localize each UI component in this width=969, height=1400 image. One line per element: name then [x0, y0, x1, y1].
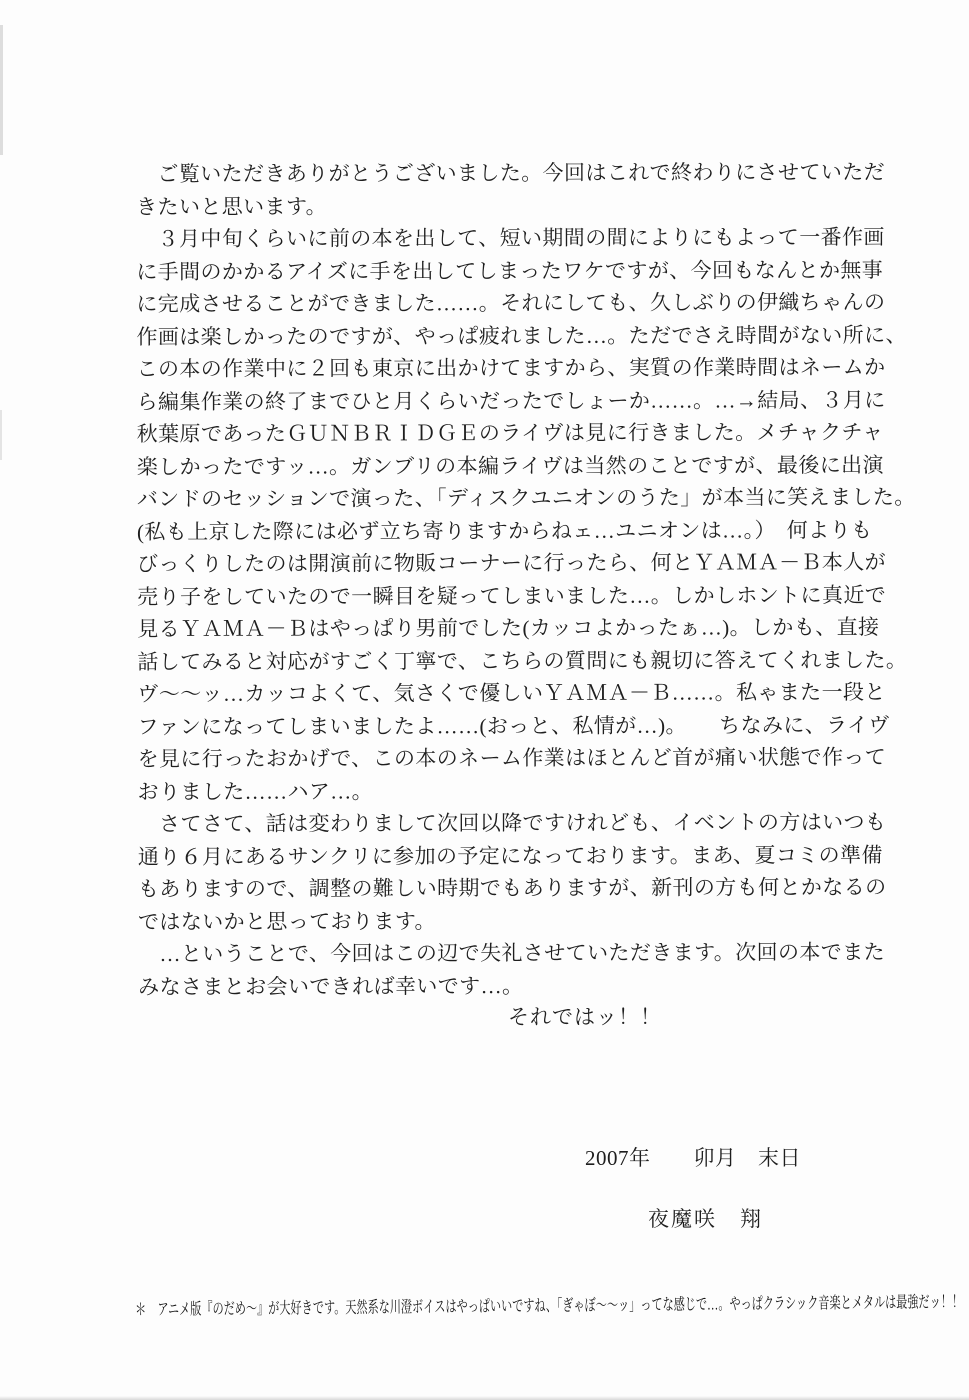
closing-line: それではッ！！	[508, 1001, 662, 1031]
afterword-line: ではないかと思っております。	[138, 904, 894, 938]
afterword-line: びっくりしたのは開演前に物販コーナーに行ったら、何とＹＡＭＡ－Ｂ本人が	[137, 546, 893, 580]
afterword-line: を見に行ったおかげで、この本のネーム作業はほとんど首が痛い状態で作って	[138, 741, 894, 775]
afterword-body-text: ご覧いただきありがとうございました。今回はこれで終わりにさせていただきたいと思い…	[136, 156, 894, 1003]
afterword-line: ファンになってしまいましたよ……(おっと、私情が…)。 ちなみに、ライヴ	[137, 709, 893, 743]
afterword-line: バンドのセッションで演った、「ディスクユニオンのうた」が本当に笑えました。	[137, 481, 893, 515]
afterword-line: この本の作業中に２回も東京に出かけてますから、実質の作業時間はネームか	[137, 351, 893, 385]
afterword-line: きたいと思います。	[136, 189, 892, 223]
afterword-line: に完成させることができました……。それにしても、久しぶりの伊織ちゃんの	[136, 286, 892, 320]
date-line: 2007年 卯月 末日	[585, 1142, 801, 1172]
scanned-afterword-page: ご覧いただきありがとうございました。今回はこれで終わりにさせていただきたいと思い…	[0, 0, 969, 1400]
afterword-line: 見るＹＡＭＡ－Ｂはやっぱり男前でした(カッコよかったぁ…)。しかも、直接	[137, 611, 893, 645]
afterword-line: ら編集作業の終了までひと月くらいだったでしょーか……。…→結局、３月に	[137, 384, 893, 418]
scan-edge-artifact	[0, 410, 2, 460]
afterword-line: 秋葉原であったＧＵＮＢＲＩＤＧＥのライヴは見に行きました。メチャクチャ	[137, 416, 893, 450]
afterword-line: …ということで、今回はこの辺で失礼させていただきます。次回の本でまた	[138, 936, 894, 970]
author-name: 夜魔咲 翔	[648, 1203, 763, 1233]
afterword-line: 作画は楽しかったのですが、やっぱ疲れました…。ただでさえ時間がない所に、	[136, 319, 892, 353]
footnote: ＊ アニメ版『のだめ～』が大好きです。天然系な川澄ボイスはやっぱいいですね、「ぎ…	[135, 1289, 905, 1320]
afterword-line: ご覧いただきありがとうございました。今回はこれで終わりにさせていただ	[136, 156, 892, 190]
afterword-line: 楽しかったですッ…。ガンブリの本編ライヴは当然のことですが、最後に出演	[137, 449, 893, 483]
scan-edge-artifact	[0, 1396, 969, 1400]
afterword-line: みなさまとお会いできれば幸いです…。	[138, 969, 894, 1003]
afterword-line: さてさて、話は変わりまして次回以降ですけれども、イベントの方はいつも	[138, 806, 894, 840]
afterword-line: ３月中旬くらいに前の本を出して、短い期間の間によりにもよって一番作画	[136, 221, 892, 255]
afterword-line: 通り６月にあるサンクリに参加の予定になっております。まあ、夏コミの準備	[138, 839, 894, 873]
afterword-line: (私も上京した際には必ず立ち寄りますからねェ…ユニオンは…。） 何よりも	[137, 514, 893, 548]
afterword-line: ヴ～～ッ…カッコよくて、気さくで優しいＹＡＭＡ－Ｂ……。私ゃまた一段と	[137, 676, 893, 710]
afterword-line: に手間のかかるアイズに手を出してしまったワケですが、今回もなんとか無事	[136, 254, 892, 288]
scan-edge-artifact	[0, 25, 3, 155]
afterword-line: 売り子をしていたので一瞬目を疑ってしまいました…。しかしホントに真近で	[137, 579, 893, 613]
afterword-line: おりました……ハア…。	[138, 774, 894, 808]
afterword-line: もありますので、調整の難しい時期でもありますが、新刊の方も何とかなるの	[138, 871, 894, 905]
afterword-line: 話してみると対応がすごく丁寧で、こちらの質問にも親切に答えてくれました。	[137, 644, 893, 678]
